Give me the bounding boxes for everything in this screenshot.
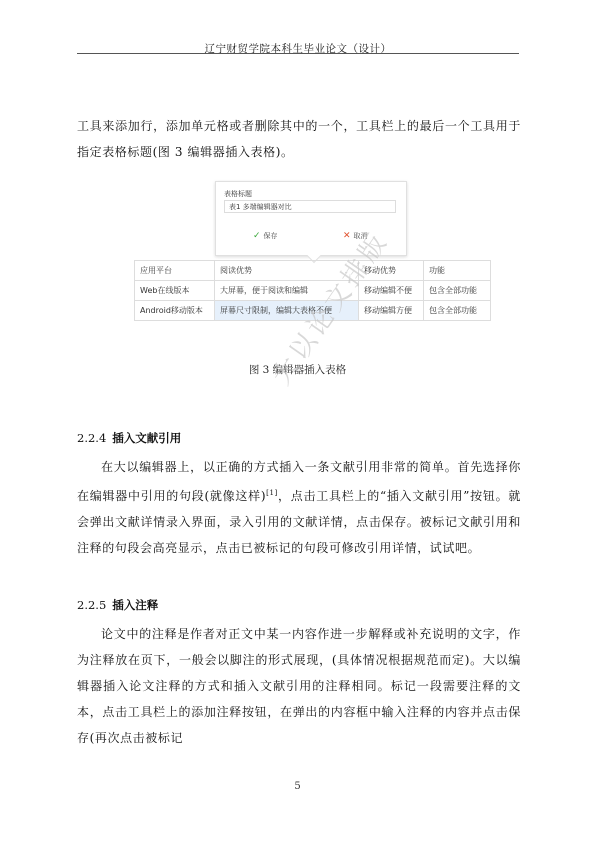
- check-icon: ✓: [253, 231, 261, 241]
- intro-paragraph: 工具来添加行，添加单元格或者删除其中的一个，工具栏上的最后一个工具用于指定表格标…: [77, 113, 521, 165]
- section-2-2-5-paragraph: 论文中的注释是作者对正文中某一内容作进一步解释或补充说明的文字，作为注释放在页下…: [77, 621, 521, 751]
- table-cell[interactable]: 移动编辑不便: [359, 281, 424, 301]
- section-heading-2-2-4: 2.2.4插入文献引用: [77, 430, 181, 446]
- table-cell[interactable]: 移动编辑方便: [359, 301, 424, 321]
- table-cell[interactable]: 功能: [424, 261, 491, 281]
- close-icon: ✕: [343, 231, 351, 241]
- table-cell[interactable]: 包含全部功能: [424, 281, 491, 301]
- section-heading-2-2-5: 2.2.5插入注释: [77, 597, 158, 613]
- citation-marker: [1]: [266, 489, 278, 497]
- table-cell[interactable]: 应用平台: [135, 261, 215, 281]
- section-2-2-4-paragraph: 在大以编辑器上，以正确的方式插入一条文献引用非常的简单。首先选择你在编辑器中引用…: [77, 454, 521, 561]
- table-title-input[interactable]: 表1 多端编辑器对比: [224, 200, 396, 213]
- table-cell[interactable]: Android移动版本: [135, 301, 215, 321]
- table-cell[interactable]: 包含全部功能: [424, 301, 491, 321]
- popup-label: 表格标题: [224, 189, 252, 199]
- page-number: 5: [0, 781, 595, 792]
- table-header-row: 应用平台 阅读优势 移动优势 功能: [135, 261, 491, 281]
- save-button[interactable]: ✓保存: [253, 231, 278, 241]
- header-rule: [77, 53, 519, 54]
- table-cell[interactable]: Web在线版本: [135, 281, 215, 301]
